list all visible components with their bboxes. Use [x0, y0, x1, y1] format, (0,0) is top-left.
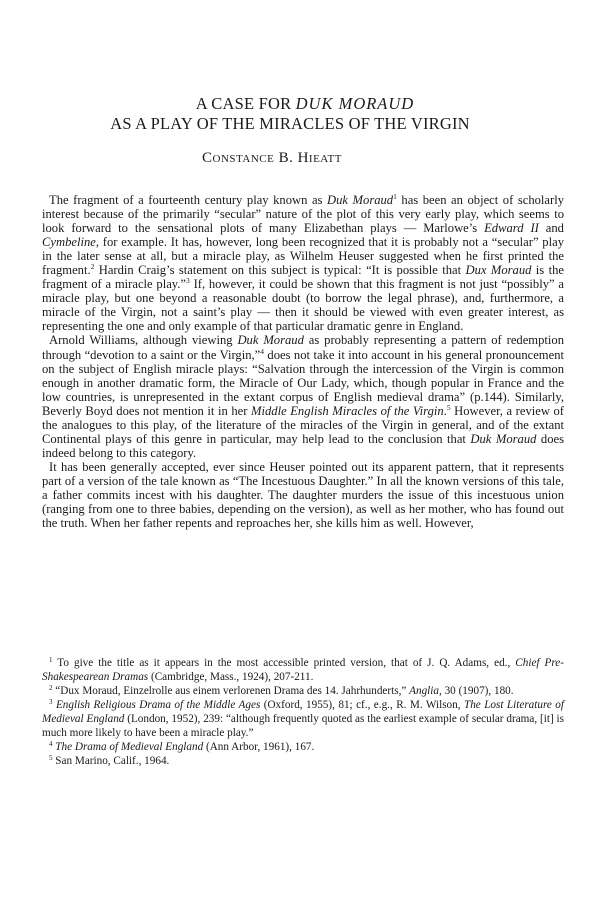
title-play-name: DUK MORAUD: [296, 94, 415, 113]
text: To give the title as it appears in the m…: [53, 657, 516, 669]
footnote-number: 4: [49, 740, 53, 748]
footnote-5: 5 San Marino, Calif., 1964.: [42, 754, 564, 768]
author-name: Constance B. Hieatt: [0, 148, 574, 168]
paragraph-3: It has been generally accepted, ever sin…: [42, 460, 564, 530]
title-prefix: A CASE FOR: [196, 94, 296, 113]
text: It has been generally accepted, ever sin…: [42, 460, 564, 530]
italic-title: Anglia: [409, 685, 439, 697]
italic-title: Duk Moraud: [327, 193, 393, 207]
paragraph-1: The fragment of a fourteenth century pla…: [42, 193, 564, 333]
italic-title: The Drama of Medieval England: [55, 741, 203, 753]
article-title-line-1: A CASE FOR DUK MORAUD: [3, 94, 604, 114]
text: , 30 (1907), 180.: [439, 685, 514, 697]
italic-title: English Religious Drama of the Middle Ag…: [56, 699, 260, 711]
footnotes: 1 To give the title as it appears in the…: [42, 656, 564, 768]
italic-title: Duk Moraud: [237, 333, 303, 347]
footnote-3: 3 English Religious Drama of the Middle …: [42, 698, 564, 740]
article-body: The fragment of a fourteenth century pla…: [42, 193, 564, 530]
text: and: [539, 221, 564, 235]
journal-page: A CASE FOR DUK MORAUD AS A PLAY OF THE M…: [0, 0, 604, 913]
text: San Marino, Calif., 1964.: [53, 755, 170, 767]
text: Hardin Craig’s statement on this subject…: [94, 263, 465, 277]
text: Arnold Williams, although viewing: [49, 333, 237, 347]
text: The fragment of a fourteenth century pla…: [49, 193, 327, 207]
footnote-2: 2 “Dux Moraud, Einzelrolle aus einem ver…: [42, 684, 564, 698]
footnote-4: 4 The Drama of Medieval England (Ann Arb…: [42, 740, 564, 754]
italic-title: Middle English Miracles of the Virgin: [251, 404, 444, 418]
text: “Dux Moraud, Einzelrolle aus einem verlo…: [53, 685, 410, 697]
text: (Oxford, 1955), 81; cf., e.g., R. M. Wil…: [260, 699, 464, 711]
footnote-number: 3: [49, 698, 53, 706]
footnote-1: 1 To give the title as it appears in the…: [42, 656, 564, 684]
paragraph-2: Arnold Williams, although viewing Duk Mo…: [42, 333, 564, 459]
article-title-line-2: AS A PLAY OF THE MIRACLES OF THE VIRGIN: [0, 114, 592, 134]
italic-title: Cymbeline: [42, 235, 96, 249]
italic-title: Dux Moraud: [465, 263, 531, 277]
italic-title: Edward II: [484, 221, 539, 235]
italic-title: Duk Moraud: [470, 432, 536, 446]
text: (Ann Arbor, 1961), 167.: [203, 741, 314, 753]
text: (Cambridge, Mass., 1924), 207-211.: [148, 671, 313, 683]
